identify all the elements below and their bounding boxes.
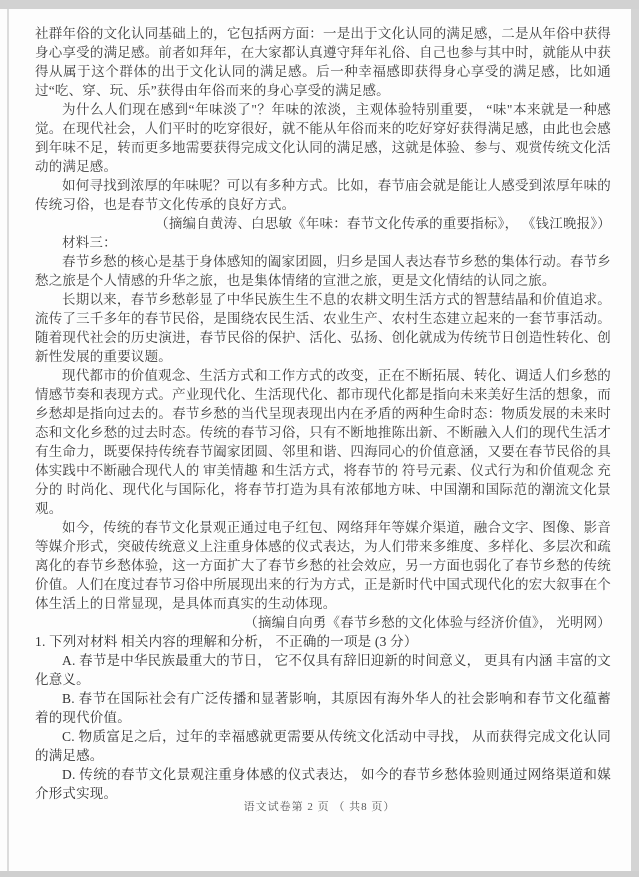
scan-edge-bottom bbox=[0, 871, 639, 877]
question-1: 1. 下列对材料 相关内容的理解和分析， 不正确的一项是 (3 分） A. 春节… bbox=[35, 632, 611, 803]
source-attribution: （摘编自黄涛、白思敏《年味：春节文化传承的重要指标》， 《钱江晚报》） bbox=[35, 214, 611, 233]
question-stem: 1. 下列对材料 相关内容的理解和分析， 不正确的一项是 (3 分） bbox=[35, 632, 611, 651]
source-attribution: （摘编自向勇《春节乡愁的文化体验与经济价值》， 光明网） bbox=[35, 613, 611, 632]
passage-paragraph: 现代都市的价值观念、生活方式和工作方式的改变，正在不断拓展、转化、调适人们乡愁的… bbox=[35, 366, 611, 518]
page-body: 社群年俗的文化认同基础上的，它包括两方面：一是出于文化认同的满足感，二是从年俗中… bbox=[35, 24, 611, 803]
question-option-c: C. 物质富足之后，过年的幸福感就更需要从传统文化活动中寻找， 从而获得完成文化… bbox=[35, 727, 611, 765]
passage-paragraph: 如今，传统的春节文化景观正通过电子红包、网络拜年等媒介渠道，融合文字、图像、影音… bbox=[35, 518, 611, 613]
question-option-b: B. 春节在国际社会有广泛传播和显著影响，其原因有海外华人的社会影响和春节文化蕴… bbox=[35, 689, 611, 727]
material-label: 材料三： bbox=[35, 233, 611, 252]
passage-paragraph: 长期以来，春节乡愁彰显了中华民族生生不息的农耕文明生活方式的智慧结晶和价值追求。… bbox=[35, 290, 611, 366]
page-number-footer: 语文试卷第 2 页 （ 共8 页） bbox=[0, 798, 639, 814]
scan-edge-top bbox=[0, 0, 639, 9]
passage-paragraph: 春节乡愁的核心是基于身体感知的阖家团圆，归乡是国人表达春节乡愁的集体行动。春节乡… bbox=[35, 252, 611, 290]
scan-edge-left bbox=[7, 9, 9, 871]
passage-paragraph: 社群年俗的文化认同基础上的，它包括两方面：一是出于文化认同的满足感，二是从年俗中… bbox=[35, 24, 611, 100]
material-2-continuation: 社群年俗的文化认同基础上的，它包括两方面：一是出于文化认同的满足感，二是从年俗中… bbox=[35, 24, 611, 233]
scan-edge-right bbox=[631, 9, 639, 877]
material-3: 材料三： 春节乡愁的核心是基于身体感知的阖家团圆，归乡是国人表达春节乡愁的集体行… bbox=[35, 233, 611, 632]
passage-paragraph: 为什么人们现在感到“年味淡了"？年味的浓淡，主观体验特别重要， “味"本来就是一… bbox=[35, 100, 611, 176]
question-option-a: A. 春节是中华民族最重大的节日， 它不仅具有辞旧迎新的时间意义， 更具有内涵 … bbox=[35, 651, 611, 689]
scanned-exam-page: 社群年俗的文化认同基础上的，它包括两方面：一是出于文化认同的满足感，二是从年俗中… bbox=[0, 0, 639, 877]
passage-paragraph: 如何寻找到浓厚的年味呢？可以有多种方式。比如，春节庙会就是能让人感受到浓厚年味的… bbox=[35, 176, 611, 214]
